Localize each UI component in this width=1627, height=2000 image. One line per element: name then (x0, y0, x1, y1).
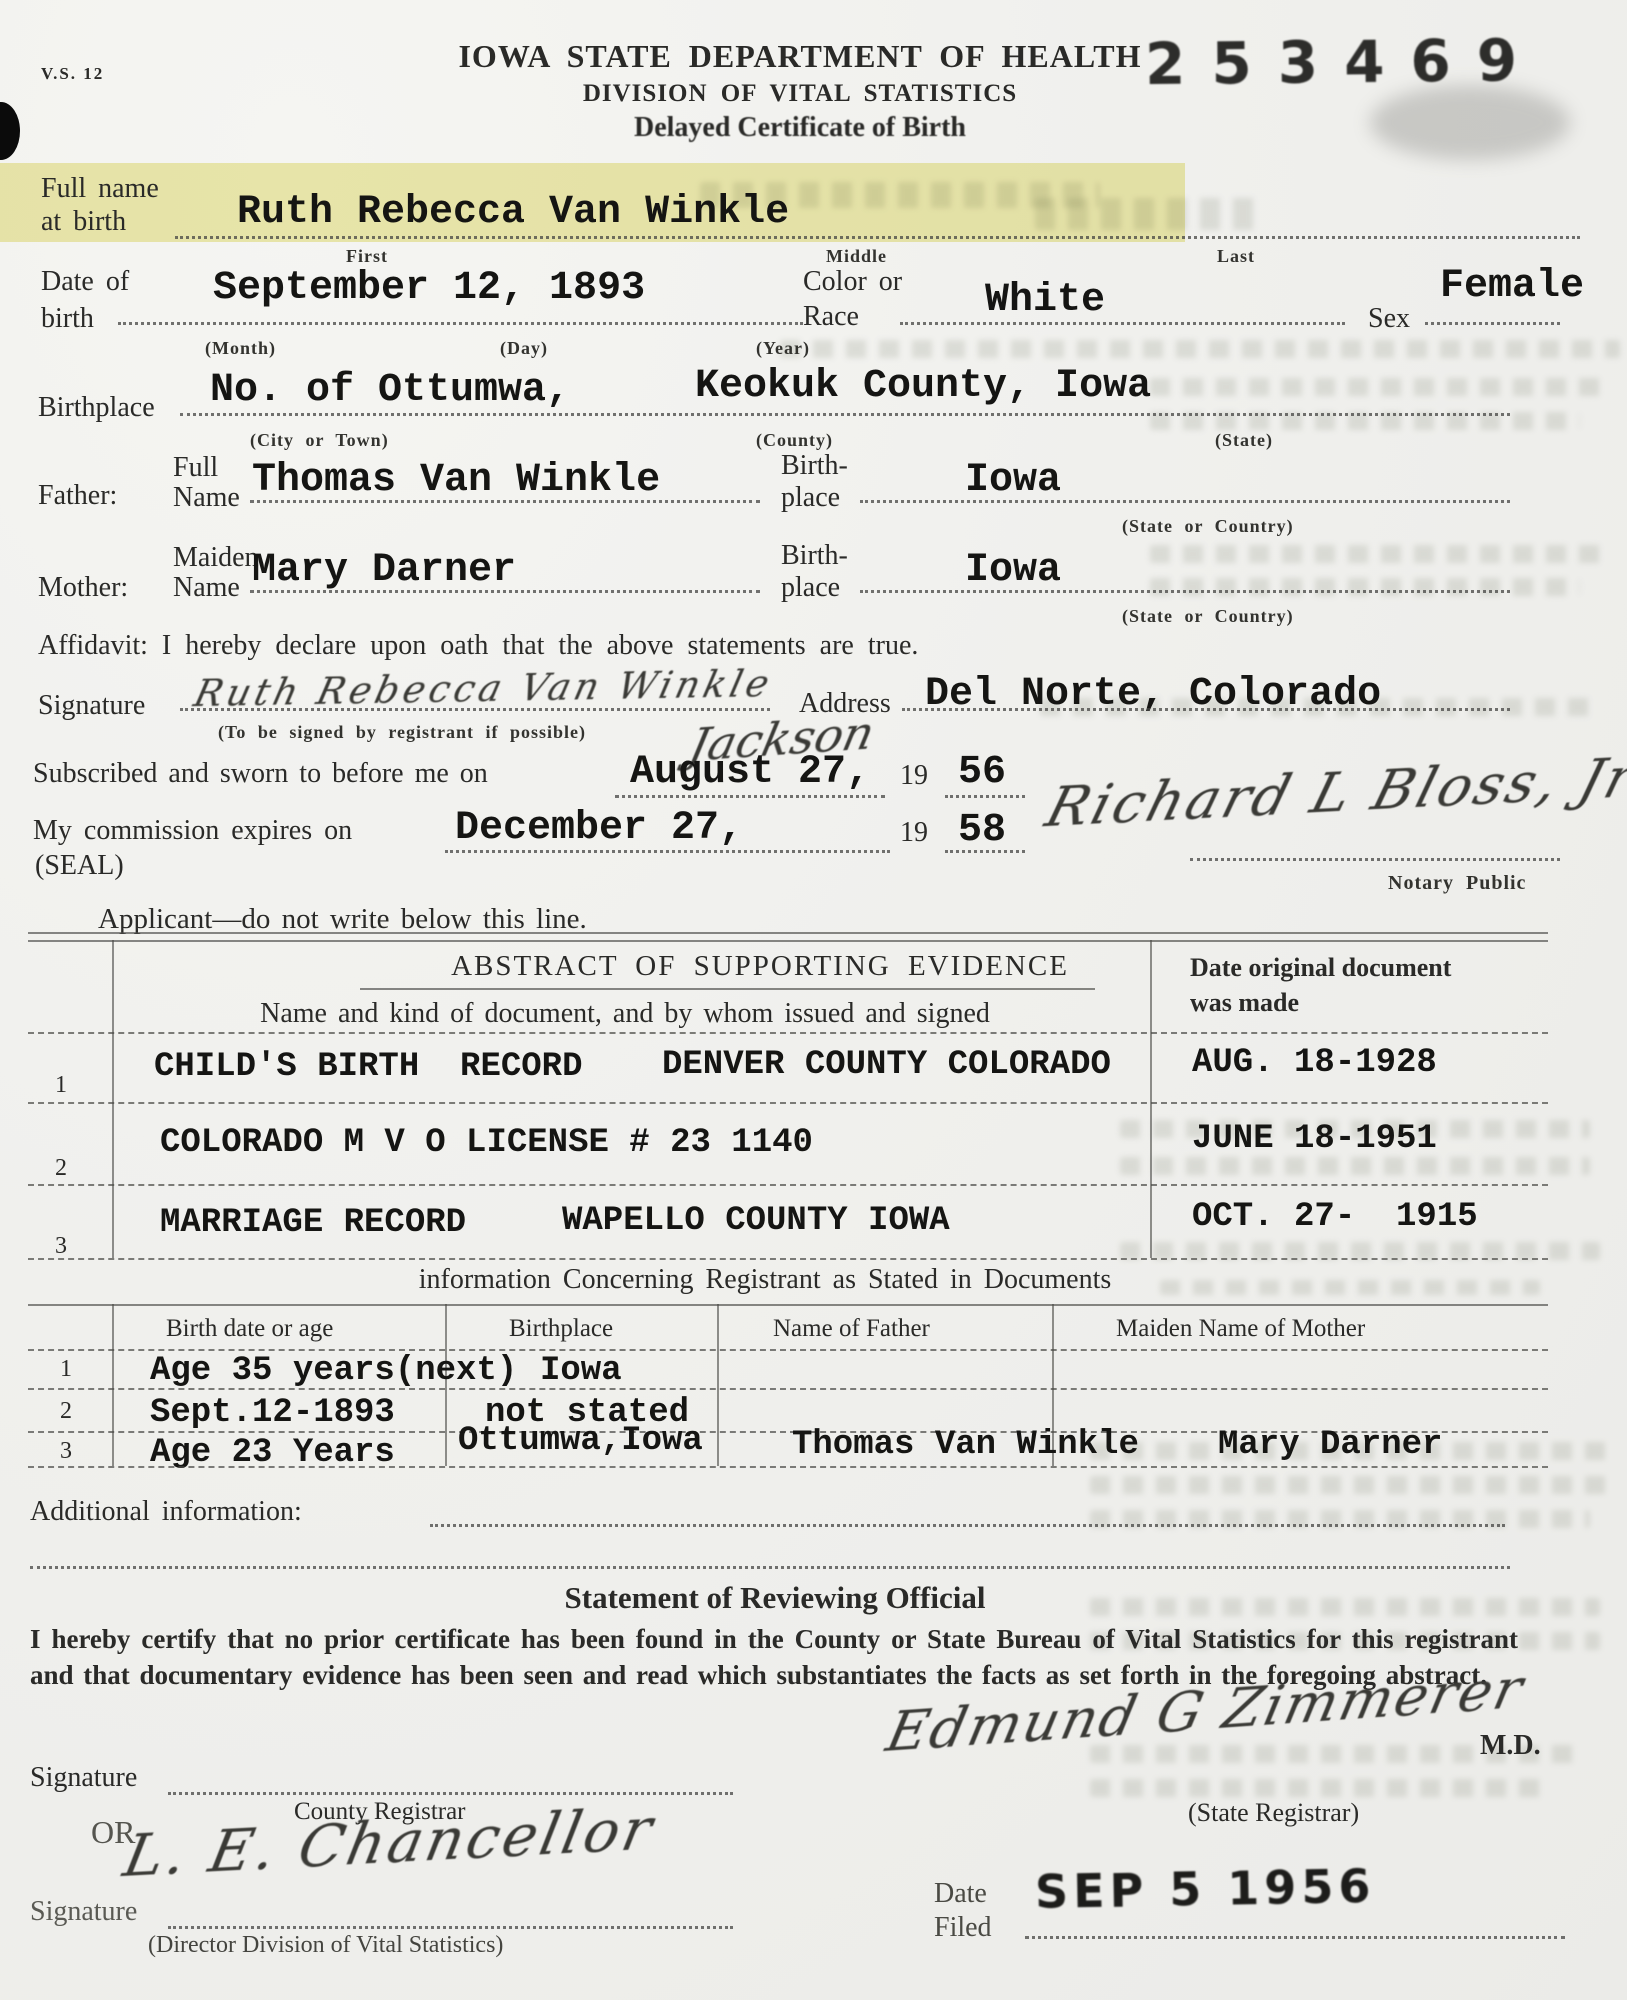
evidence-row-date: OCT. 27- 1915 (1192, 1198, 1478, 1236)
mother-bp-label-line2: place (781, 572, 840, 604)
race-value: White (985, 278, 1105, 323)
notary-line (1190, 858, 1560, 861)
bleedthrough-artifact (1150, 378, 1605, 396)
director-title-label: (Director Division of Vital Statistics) (148, 1932, 503, 1959)
md-label: M.D. (1480, 1730, 1541, 1762)
sworn-year-value: 56 (958, 750, 1006, 795)
bleedthrough-artifact (1090, 1779, 1550, 1797)
sublabel-middle: Middle (826, 246, 887, 267)
date-filed-label-line1: Date (934, 1878, 987, 1910)
hole-punch-artifact (0, 102, 20, 160)
signature-label: Signature (38, 690, 145, 722)
father-bp-line (860, 500, 1510, 503)
additional-info-label: Additional information: (30, 1496, 302, 1528)
registrant-row-birthplace: Iowa (540, 1352, 622, 1390)
sublabel-state-or-country-father: (State or Country) (1122, 516, 1294, 537)
header-doc-type: Delayed Certificate of Birth (340, 112, 1260, 144)
sex-value: Female (1440, 264, 1584, 309)
evidence-columns-header: Name and kind of document, and by whom i… (110, 998, 1140, 1030)
reviewing-title: Statement of Reviewing Official (30, 1580, 1520, 1616)
seal-label: (SEAL) (35, 850, 124, 882)
registrant-band-title: information Concerning Registrant as Sta… (260, 1264, 1270, 1296)
evidence-number-col-divider (112, 940, 114, 1258)
registrant-band-bottom-line (28, 1304, 1548, 1306)
sublabel-day: (Day) (500, 338, 548, 359)
signature-note: (To be signed by registrant if possible) (218, 722, 586, 743)
mother-name-value: Mary Darner (252, 548, 516, 593)
sex-line (1425, 322, 1560, 325)
sworn-year-line (945, 795, 1025, 798)
evidence-row-number: 1 (55, 1072, 67, 1099)
race-label-line2: Race (803, 301, 859, 333)
registrant-header-father: Name of Father (773, 1315, 930, 1343)
evidence-title-underline (360, 988, 1095, 990)
commission-label: My commission expires on (33, 815, 352, 847)
sublabel-state-or-country-mother: (State or Country) (1122, 606, 1294, 627)
bleedthrough-artifact (1150, 578, 1580, 596)
father-bp-value: Iowa (965, 458, 1061, 503)
sex-label: Sex (1368, 303, 1410, 335)
address-line (902, 708, 1510, 711)
evidence-row-divider (28, 1184, 1548, 1186)
registrant-col2-divider (717, 1304, 719, 1466)
delayed-birth-certificate-page: V.S. 12 IOWA STATE DEPARTMENT OF HEALTH … (0, 0, 1627, 2000)
sworn-label: Subscribed and sworn to before me on (33, 758, 488, 790)
evidence-row-date: JUNE 18-1951 (1192, 1120, 1437, 1158)
birthplace-county-value: Keokuk County, Iowa (695, 364, 1151, 409)
mother-name-label-line1: Maiden (173, 542, 259, 574)
sublabel-last: Last (1217, 246, 1255, 267)
sublabel-year: (Year) (756, 338, 810, 359)
signature-line (180, 708, 770, 711)
evidence-table-bottom-line (28, 1258, 1548, 1260)
evidence-row-document: CHILD'S BIRTH RECORD (154, 1048, 582, 1086)
evidence-date-header-line1: Date original document (1190, 953, 1451, 983)
race-label-line1: Color or (803, 266, 902, 298)
dob-line (118, 322, 803, 325)
affidavit-text: Affidavit: I hereby declare upon oath th… (38, 630, 918, 662)
registrant-row-birth: Age 35 years(next) (150, 1352, 517, 1390)
state-registrar-label: (State Registrar) (1188, 1798, 1359, 1828)
evidence-row-issuer: DENVER COUNTY COLORADO (662, 1046, 1111, 1084)
evidence-table-title: ABSTRACT OF SUPPORTING EVIDENCE (190, 950, 1330, 983)
table-top-rule-1 (28, 932, 1548, 934)
table-top-rule-2 (28, 940, 1548, 942)
form-code: V.S. 12 (41, 64, 104, 84)
header-department: IOWA STATE DEPARTMENT OF HEALTH (340, 38, 1260, 75)
dob-label-line2: birth (41, 303, 94, 335)
mother-bp-label-line1: Birth- (781, 540, 848, 572)
dob-label-line1: Date of (41, 266, 129, 298)
mother-bp-line (860, 590, 1510, 593)
bleedthrough-artifact (780, 340, 1620, 358)
sublabel-city-or-town: (City or Town) (250, 430, 389, 451)
father-name-line (250, 500, 760, 503)
evidence-row-document: MARRIAGE RECORD (160, 1204, 466, 1242)
director-signature-line (168, 1926, 733, 1929)
mother-bp-value: Iowa (965, 548, 1061, 593)
full-name-label-line1: Full name (41, 173, 159, 205)
county-signature-label: Signature (30, 1762, 137, 1794)
additional-info-line (430, 1524, 1505, 1527)
registrant-row-number: 2 (60, 1398, 72, 1425)
registrant-row-mother: Mary Darner (1218, 1426, 1442, 1464)
registrant-header-bottom-line (28, 1349, 1548, 1351)
birthplace-city-value: No. of Ottumwa, (210, 368, 570, 413)
evidence-row-date: AUG. 18-1928 (1192, 1044, 1437, 1082)
father-bp-label-line2: place (781, 482, 840, 514)
evidence-row-issuer: WAPELLO COUNTY IOWA (562, 1202, 950, 1240)
date-filed-label-line2: Filed (934, 1912, 992, 1944)
registrant-header-mother: Maiden Name of Mother (1116, 1315, 1365, 1343)
bleedthrough-artifact (1090, 1476, 1610, 1494)
director-signature-handwriting: L. E. Chancellor (118, 1795, 660, 1890)
commission-date-line (445, 850, 890, 853)
sworn-date-line (615, 795, 885, 798)
commission-date-value: December 27, (455, 806, 743, 851)
registrant-row-divider (28, 1388, 1548, 1390)
full-name-line (175, 236, 1580, 239)
evidence-row-divider (28, 1102, 1548, 1104)
father-name-value: Thomas Van Winkle (252, 458, 660, 503)
registrant-header-birth: Birth date or age (166, 1315, 333, 1343)
registrant-row-birthplace: Ottumwa,Iowa (458, 1422, 703, 1460)
certificate-number-stamp: 253469 (1145, 26, 1544, 98)
father-label: Father: (38, 480, 117, 512)
full-name-value: Ruth Rebecca Van Winkle (237, 190, 789, 235)
header-division: DIVISION OF VITAL STATISTICS (340, 80, 1260, 108)
registrant-header-birthplace: Birthplace (509, 1315, 613, 1343)
evidence-row-number: 3 (55, 1233, 67, 1260)
registrant-row-number: 1 (60, 1356, 72, 1383)
sublabel-month: (Month) (205, 338, 276, 359)
registrant-row-birth: Sept.12-1893 (150, 1394, 395, 1432)
evidence-date-header-line2: was made (1190, 988, 1299, 1018)
evidence-row-number: 2 (55, 1155, 67, 1182)
mother-name-line (250, 590, 760, 593)
ink-smudge (1370, 85, 1570, 160)
commission-year-line (945, 850, 1025, 853)
notary-title: Notary Public (1388, 872, 1526, 895)
sublabel-county: (County) (756, 430, 833, 451)
director-signature-label: Signature (30, 1896, 137, 1928)
bleedthrough-artifact (1150, 545, 1610, 563)
date-filed-line (1025, 1936, 1565, 1939)
sworn-date-value: August 27, (630, 750, 870, 795)
birthplace-line (180, 413, 1510, 416)
commission-year-prefix: 19 (900, 817, 928, 849)
sublabel-state: (State) (1215, 430, 1273, 451)
father-name-label-line1: Full (173, 452, 218, 484)
sublabel-first: First (346, 246, 388, 267)
birthplace-label: Birthplace (38, 392, 155, 424)
evidence-header-bottom-line (28, 1032, 1548, 1034)
dob-value: September 12, 1893 (213, 266, 645, 311)
evidence-row-document: COLORADO M V O LICENSE # 23 1140 (160, 1124, 813, 1162)
registrant-row-number: 3 (60, 1438, 72, 1465)
mother-name-label-line2: Name (173, 572, 240, 604)
full-name-label-line2: at birth (41, 206, 126, 238)
registrant-row-father: Thomas Van Winkle (792, 1426, 1139, 1464)
date-filed-stamp: SEP 5 1956 (1035, 1859, 1376, 1919)
bleedthrough-artifact (1120, 1157, 1590, 1175)
race-line (900, 322, 1345, 325)
father-name-label-line2: Name (173, 482, 240, 514)
sworn-year-prefix: 19 (900, 760, 928, 792)
evidence-date-col-divider (1150, 940, 1152, 1258)
father-bp-label-line1: Birth- (781, 450, 848, 482)
registrant-number-col-divider (112, 1304, 114, 1466)
mother-label: Mother: (38, 572, 128, 604)
notary-signature-handwriting: Richard L Bloss, Jr (1039, 745, 1627, 839)
registrant-table-bottom-line (28, 1466, 1548, 1468)
section-separator-line (30, 1566, 1510, 1569)
commission-year-value: 58 (958, 808, 1006, 853)
